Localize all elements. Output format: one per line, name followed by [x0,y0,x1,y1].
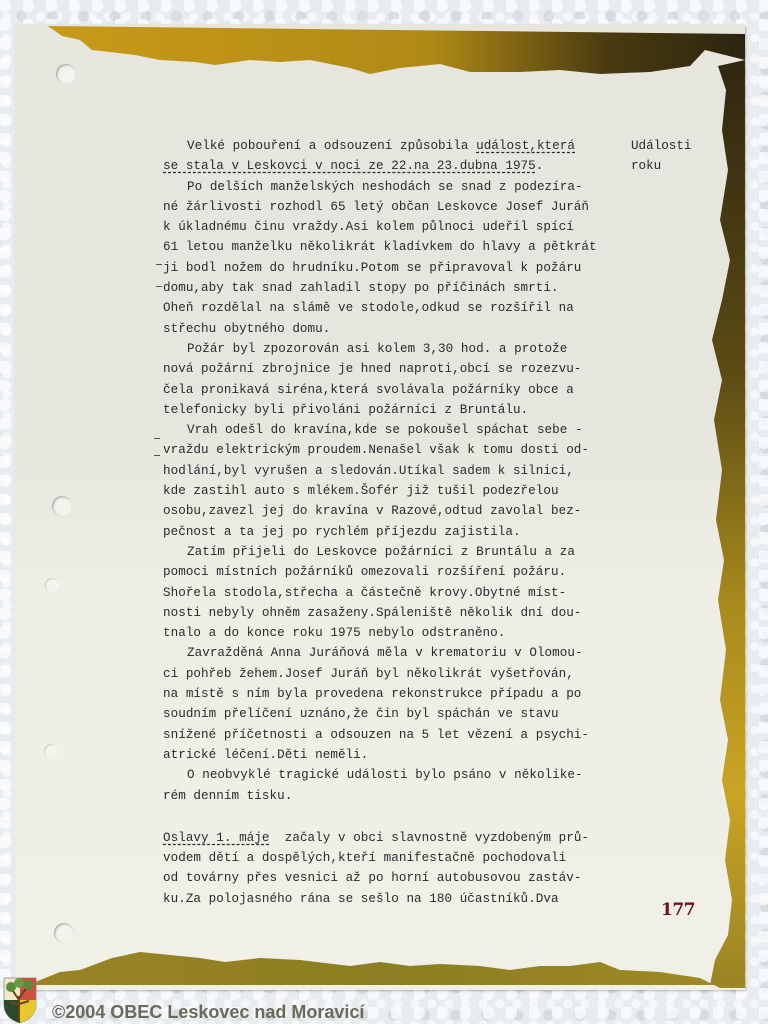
paragraph-gap [163,806,623,828]
text-segment: né žárlivosti rozhodl 65 letý občan Lesk… [163,200,589,214]
text-segment: telefonicky byli přivoláni požárníci z B… [163,403,528,417]
text-segment: O neobvyklé tragické události bylo psáno… [187,768,583,782]
text-line: Oslavy 1. máje začaly v obci slavnostně … [163,828,623,848]
text-segment: atrické léčení.Děti neměli. [163,748,368,762]
text-line: tnalo a do konce roku 1975 nebylo odstra… [163,623,623,643]
text-line: O neobvyklé tragické události bylo psáno… [163,765,623,785]
copyright-text: ©2004 OBEC Leskovec nad Moravicí [52,1002,364,1023]
text-line: nová požární zbrojnice je hned naproti,o… [163,359,623,379]
text-segment: na místě s ním byla provedena rekonstruk… [163,687,581,701]
punch-hole [52,496,72,516]
text-segment: vraždu elektrickým proudem.Nenašel však … [163,443,589,457]
margin-mark [154,455,160,456]
margin-note-line: roku [631,156,691,176]
underlined-heading: Oslavy 1. máje [163,831,270,845]
text-segment: pečnost a ta jej po rychlém příjezdu zaj… [163,525,521,539]
text-segment: tnalo a do konce roku 1975 nebylo odstra… [163,626,505,640]
margin-mark [156,264,162,265]
text-segment: ji bodl nožem do hrudníku.Potom se připr… [163,261,581,275]
text-segment: začaly v obci slavnostně vyzdobeným prů- [270,831,590,845]
text-segment: Zavražděná Anna Juráňová měla v kremator… [187,646,583,660]
text-segment: nová požární zbrojnice je hned naproti,o… [163,362,581,376]
text-line: né žárlivosti rozhodl 65 letý občan Lesk… [163,197,623,217]
footer: ©2004 OBEC Leskovec nad Moravicí [0,972,768,1024]
text-line: Po delších manželských neshodách se snad… [163,177,623,197]
text-segment: od továrny přes vesnici až po horní auto… [163,871,581,885]
text-segment: nosti nebyly ohněm zasaženy.Spáleniště n… [163,606,581,620]
margin-note-line: Události [631,136,691,156]
text-line: se stala v Leskovci v noci ze 22.na 23.d… [163,156,623,176]
text-line: hodlání,byl vyrušen a sledován.Utíkal sa… [163,461,623,481]
text-line: čela pronikavá siréna,která svolávala po… [163,380,623,400]
text-line: Oheň rozdělal na slámě ve stodole,odkud … [163,298,623,318]
text-line: ji bodl nožem do hrudníku.Potom se připr… [163,258,623,278]
text-segment: 61 letou manželku několikrát kladívkem d… [163,240,597,254]
page-number: 177 [661,900,695,920]
text-line: pomoci místních požárníků omezovali rozš… [163,562,623,582]
text-line: střechu obytného domu. [163,319,623,339]
coat-of-arms-icon [2,974,38,1024]
text-segment: vodem dětí a dospělých,kteří manifestačn… [163,851,566,865]
text-line: telefonicky byli přivoláni požárníci z B… [163,400,623,420]
underlined-heading: se stala v Leskovci v noci ze 22.na 23.d… [163,159,536,173]
text-line: Shořela stodola,střecha a částečně krovy… [163,583,623,603]
text-line: snížené příčetnosti a odsouzen na 5 let … [163,725,623,745]
text-line: na místě s ním byla provedena rekonstruk… [163,684,623,704]
text-segment: kde zastihl auto s mlékem.Šofér již tuši… [163,484,559,498]
text-line: atrické léčení.Děti neměli. [163,745,623,765]
underlined-heading: událost,která [476,139,575,153]
text-line: soudním přelíčení uznáno,že čin byl spác… [163,704,623,724]
text-segment: snížené příčetnosti a odsouzen na 5 let … [163,728,589,742]
text-segment: Po delších manželských neshodách se snad… [187,180,583,194]
text-line: Zatím přijeli do Leskovce požárníci z Br… [163,542,623,562]
text-line: 61 letou manželku několikrát kladívkem d… [163,237,623,257]
margin-note: Události roku [631,136,691,177]
text-segment: Zatím přijeli do Leskovce požárníci z Br… [187,545,575,559]
text-segment: soudním přelíčení uznáno,že čin byl spác… [163,707,559,721]
text-line: domu,aby tak snad zahladil stopy po příč… [163,278,623,298]
text-line: vraždu elektrickým proudem.Nenašel však … [163,440,623,460]
text-segment: ci pohřeb žehem.Josef Juráň byl několikr… [163,667,574,681]
text-segment: Velké pobouření a odsouzení způsobila [187,139,476,153]
text-line: Vrah odešl do kravína,kde se pokoušel sp… [163,420,623,440]
text-line: Velké pobouření a odsouzení způsobila ud… [163,136,623,156]
punch-hole [45,578,59,592]
text-segment: ku.Za polojasného rána se sešlo na 180 ú… [163,892,559,906]
text-line: Zavražděná Anna Juráňová měla v kremator… [163,643,623,663]
text-segment: osobu,zavezl jej do kravína v Razové,odt… [163,504,581,518]
text-line: pečnost a ta jej po rychlém příjezdu zaj… [163,522,623,542]
text-segment: Vrah odešl do kravína,kde se pokoušel sp… [187,423,583,437]
text-line: kde zastihl auto s mlékem.Šofér již tuši… [163,481,623,501]
margin-mark [156,286,162,287]
text-line: vodem dětí a dospělých,kteří manifestačn… [163,848,623,868]
text-segment: . [536,159,544,173]
text-line: k úkladnému činu vraždy.Asi kolem půlnoc… [163,217,623,237]
text-line: ku.Za polojasného rána se sešlo na 180 ú… [163,889,623,909]
text-segment: hodlání,byl vyrušen a sledován.Utíkal sa… [163,464,574,478]
text-line: od továrny přes vesnici až po horní auto… [163,868,623,888]
punch-hole [56,64,76,84]
margin-mark [154,438,160,439]
text-line: nosti nebyly ohněm zasaženy.Spáleniště n… [163,603,623,623]
text-line: Požár byl zpozorován asi kolem 3,30 hod.… [163,339,623,359]
typewritten-text: Velké pobouření a odsouzení způsobila ud… [163,136,623,909]
text-line: ci pohřeb žehem.Josef Juráň byl několikr… [163,664,623,684]
punch-hole [44,744,58,758]
text-segment: Oheň rozdělal na slámě ve stodole,odkud … [163,301,574,315]
punch-hole [54,923,74,943]
text-segment: Shořela stodola,střecha a částečně krovy… [163,586,566,600]
text-segment: Požár byl zpozorován asi kolem 3,30 hod.… [187,342,567,356]
text-line: rém denním tisku. [163,786,623,806]
text-segment: čela pronikavá siréna,která svolávala po… [163,383,574,397]
text-line: osobu,zavezl jej do kravína v Razové,odt… [163,501,623,521]
text-segment: pomoci místních požárníků omezovali rozš… [163,565,566,579]
text-segment: k úkladnému činu vraždy.Asi kolem půlnoc… [163,220,574,234]
text-segment: střechu obytného domu. [163,322,330,336]
text-segment: rém denním tisku. [163,789,292,803]
text-segment: domu,aby tak snad zahladil stopy po příč… [163,281,559,295]
